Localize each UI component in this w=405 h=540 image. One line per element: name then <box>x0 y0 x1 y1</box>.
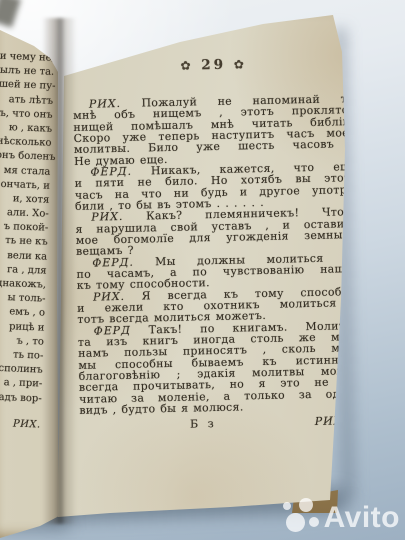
left-page-text-fragment: рицѣ и <box>0 319 45 335</box>
page-body: РИХ. Пожалуй не напоминай тымнѣ объ нище… <box>73 93 363 416</box>
left-page-text-fragment: а , при- <box>0 376 42 392</box>
page-footer: Б з РИХ <box>80 414 363 434</box>
avito-wordmark: Avito <box>324 504 400 532</box>
right-page-text: ✿ 29 ✿ РИХ. Пожалуй не напоминай тымнѣ о… <box>72 54 363 434</box>
ornament-left-icon: ✿ <box>180 58 193 72</box>
avito-dot-icon <box>309 517 319 527</box>
book-photo: и чему недѣ.ылъ не та.шей не пу-ать лѣтъ… <box>0 0 405 540</box>
left-page-text-fragment: вели ка <box>0 248 47 264</box>
gutter-shadow <box>42 18 77 524</box>
left-page-text-fragment: ъ , то <box>0 333 44 349</box>
avito-dot-icon <box>283 502 291 510</box>
left-page-catchword: РИХ. <box>0 417 41 430</box>
page-number: 29 <box>201 57 226 74</box>
catchword: РИХ <box>315 415 343 429</box>
left-page-text-fragment: сполинъ <box>0 362 43 378</box>
left-page-text-fragment: ть по- <box>0 347 44 363</box>
avito-watermark: Avito <box>278 497 400 533</box>
ornament-right-icon: ✿ <box>234 57 247 71</box>
page-header: ✿ 29 ✿ <box>72 54 355 76</box>
left-page-text-fragment: ть не къ <box>0 234 48 250</box>
avito-logo-icon <box>278 497 322 533</box>
left-page-text-fragment: адъ вор- <box>0 390 42 406</box>
corner-smudge <box>0 0 21 28</box>
signature-mark: Б з <box>190 417 217 431</box>
left-page-text-fragment: ы толь- <box>0 291 46 307</box>
avito-dot-icon <box>286 513 305 532</box>
avito-dot-icon <box>299 498 313 512</box>
